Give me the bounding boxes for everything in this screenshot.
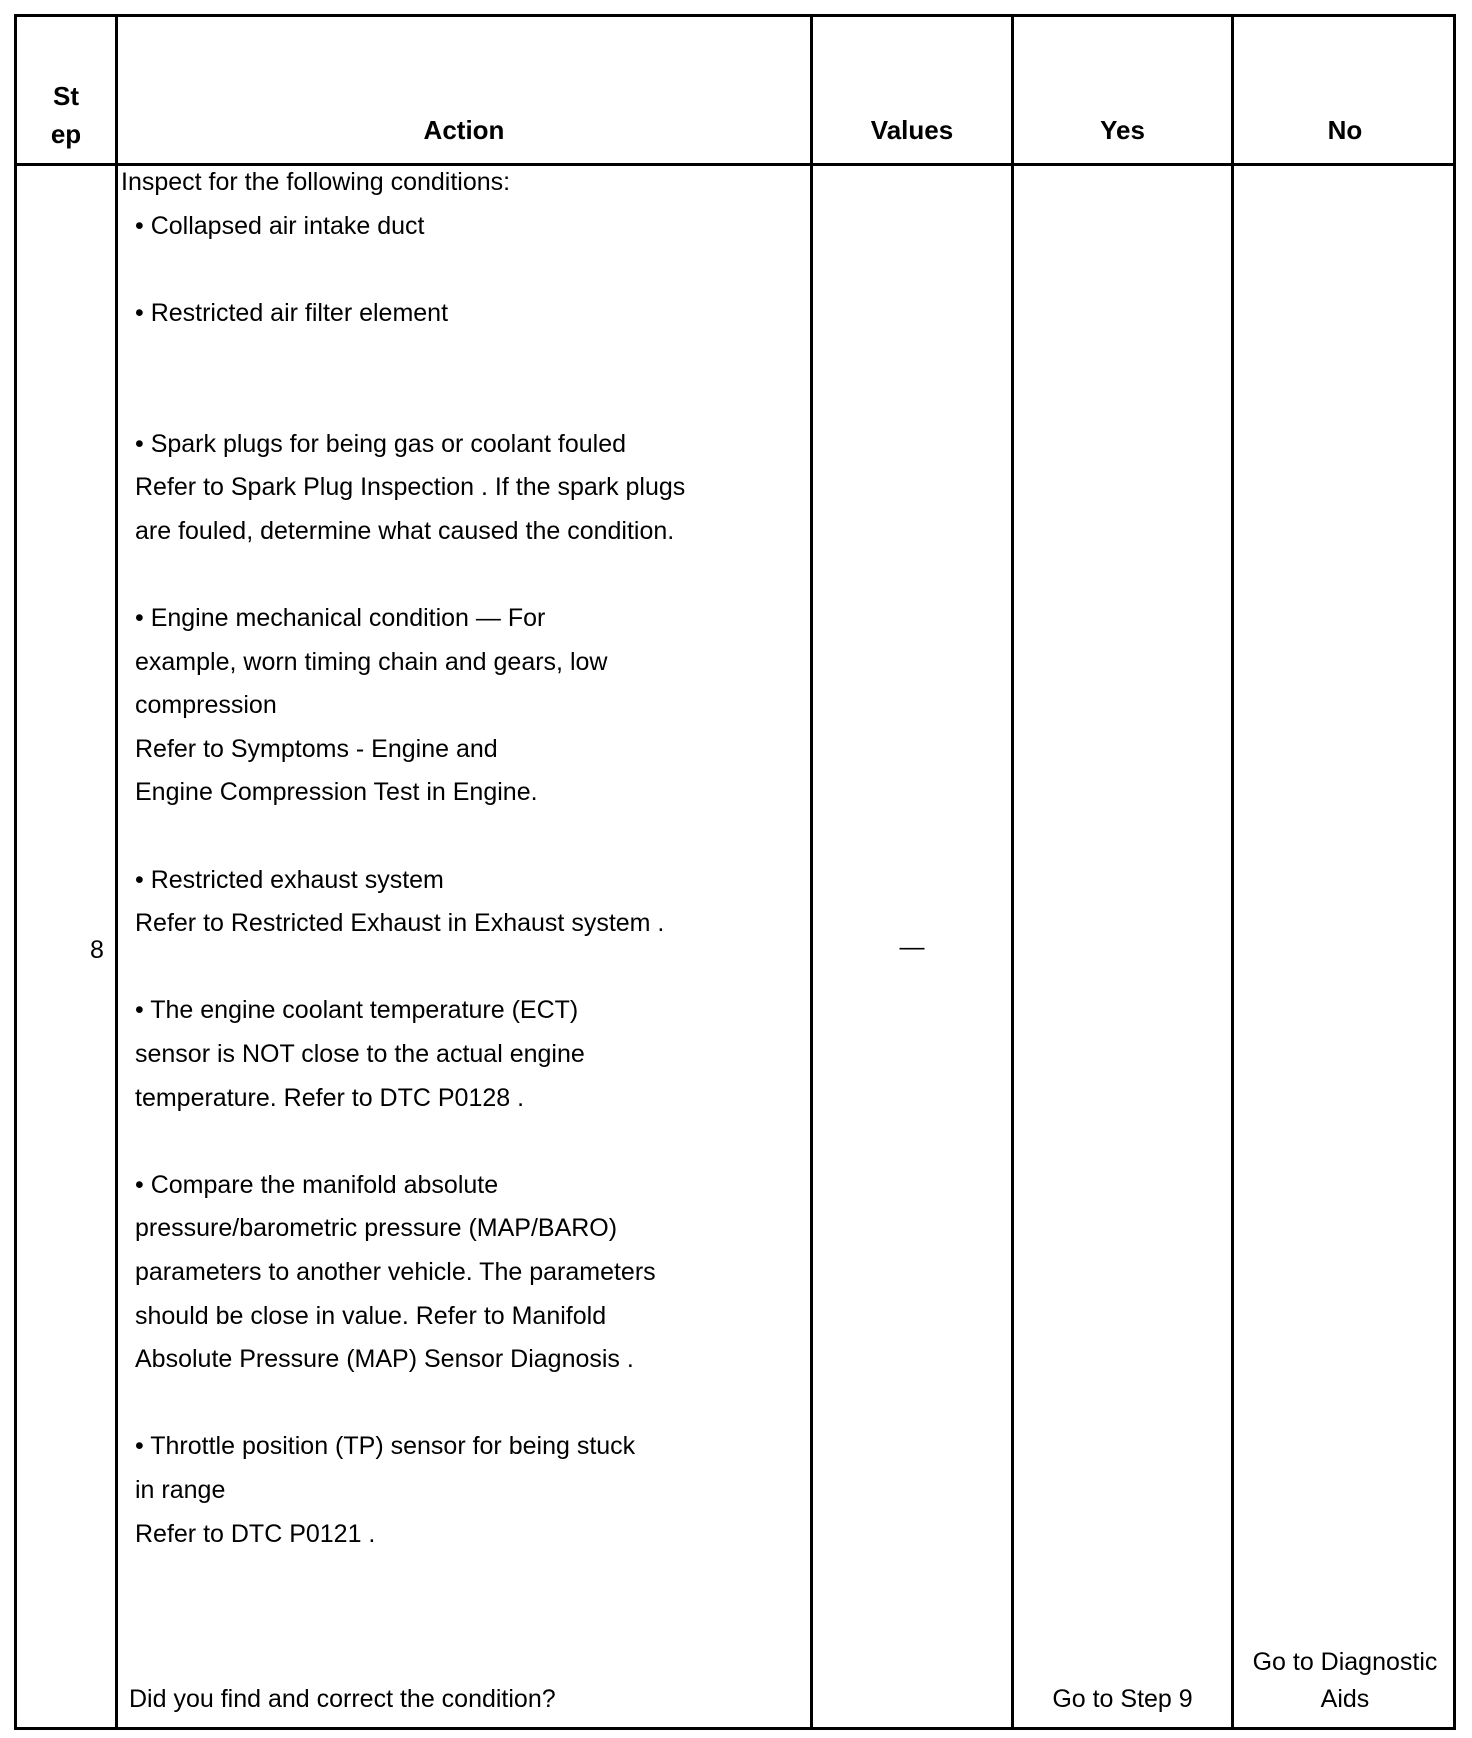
- values-cell: —: [813, 929, 1011, 966]
- header-step-line2: ep: [17, 115, 115, 153]
- no-cell-line2: Aids: [1234, 1681, 1456, 1718]
- action-line: example, worn timing chain and gears, lo…: [135, 640, 607, 685]
- diagnostic-table: St ep Action Values Yes No 8 — Inspect f…: [14, 14, 1456, 1730]
- header-values: Values: [813, 115, 1011, 146]
- action-line: • The engine coolant temperature (ECT): [135, 988, 578, 1033]
- action-line: in range: [135, 1468, 225, 1513]
- question-text: Did you find and correct the condition?: [129, 1681, 556, 1717]
- header-no: No: [1234, 115, 1456, 146]
- action-line: • Throttle position (TP) sensor for bein…: [135, 1424, 635, 1469]
- column-divider: [1231, 17, 1234, 1727]
- action-line: parameters to another vehicle. The param…: [135, 1250, 656, 1295]
- header-step-line1: St: [17, 77, 115, 115]
- yes-cell: Go to Step 9: [1014, 1681, 1231, 1718]
- column-divider: [1011, 17, 1014, 1727]
- action-line: compression: [135, 683, 277, 728]
- action-line: should be close in value. Refer to Manif…: [135, 1294, 606, 1339]
- action-line: temperature. Refer to DTC P0128 .: [135, 1076, 524, 1121]
- column-divider: [810, 17, 813, 1727]
- action-line: Engine Compression Test in Engine.: [135, 770, 538, 815]
- action-line: Inspect for the following conditions:: [121, 160, 510, 205]
- action-line: sensor is NOT close to the actual engine: [135, 1032, 585, 1077]
- no-cell-line1: Go to Diagnostic: [1234, 1644, 1456, 1681]
- action-line: • Spark plugs for being gas or coolant f…: [135, 422, 626, 467]
- action-line: Absolute Pressure (MAP) Sensor Diagnosis…: [135, 1337, 634, 1382]
- action-line: • Engine mechanical condition — For: [135, 596, 545, 641]
- action-line: Refer to DTC P0121 .: [135, 1512, 375, 1557]
- action-line: Refer to Symptoms - Engine and: [135, 727, 498, 772]
- header-action: Action: [118, 115, 810, 146]
- action-line: • Restricted exhaust system: [135, 858, 444, 903]
- action-line: are fouled, determine what caused the co…: [135, 509, 674, 554]
- action-line: Refer to Spark Plug Inspection . If the …: [135, 465, 685, 510]
- action-line: • Compare the manifold absolute: [135, 1163, 498, 1208]
- action-line: pressure/barometric pressure (MAP/BARO): [135, 1206, 617, 1251]
- header-yes: Yes: [1014, 115, 1231, 146]
- column-divider: [115, 17, 118, 1727]
- action-line: • Restricted air filter element: [135, 291, 448, 336]
- header-step: St ep: [17, 77, 115, 153]
- no-cell: Go to Diagnostic Aids: [1234, 1644, 1456, 1718]
- action-line: • Collapsed air intake duct: [135, 204, 424, 249]
- action-line: Refer to Restricted Exhaust in Exhaust s…: [135, 901, 664, 946]
